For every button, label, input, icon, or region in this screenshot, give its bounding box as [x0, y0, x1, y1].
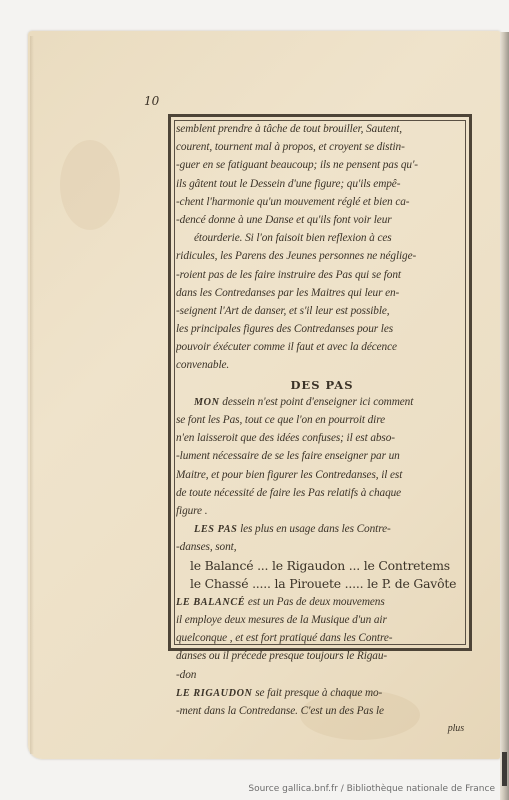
page-number: 10	[144, 94, 159, 108]
text-line: les principales figures des Contredanses…	[176, 320, 468, 338]
text-line: courent, tournent mal à propos, et croye…	[176, 138, 468, 156]
text-line: se font les Pas, tout ce que l'on en pou…	[176, 411, 468, 429]
text-line: danses ou il précede presque toujours le…	[176, 647, 468, 665]
text-line: Maitre, et pour bien figurer les Contred…	[176, 466, 468, 484]
text-line: -seignent l'Art de danser, et s'il leur …	[176, 302, 468, 320]
binding-shadow	[502, 752, 507, 786]
steps-list-row: le Chassé ..... la Pirouete ..... le P. …	[176, 575, 468, 593]
lead-word: LE RIGAUDON	[176, 688, 253, 699]
text-line: semblent prendre à tâche de tout brouill…	[176, 120, 468, 138]
text-line: pouvoir éxécuter comme il faut et avec l…	[176, 338, 468, 356]
lead-word: LE BALANCÉ	[176, 597, 245, 608]
text-line: -guer en se fatiguant beaucoup; ils ne p…	[176, 156, 468, 174]
paper-stain	[60, 140, 120, 230]
text-line: -roient pas de les faire instruire des P…	[176, 266, 468, 284]
text-line: n'en laisseroit que des idées confuses; …	[176, 429, 468, 447]
text-line: -chent l'harmonie qu'un mouvement réglé …	[176, 193, 468, 211]
text-line: -don	[176, 666, 468, 684]
page-text: semblent prendre à tâche de tout brouill…	[176, 120, 468, 738]
section-heading: DES PAS	[176, 375, 468, 393]
text-line: ils gâtent tout le Dessein d'une figure;…	[176, 175, 468, 193]
source-attribution: Source gallica.bnf.fr / Bibliothèque nat…	[248, 784, 495, 794]
text-line: -dencé donne à une Danse et qu'ils font …	[176, 211, 468, 229]
lead-word: LES PAS	[194, 524, 237, 535]
book-binding	[500, 32, 509, 800]
catchword: plus	[176, 720, 468, 738]
text-line: -ment dans la Contredanse. C'est un des …	[176, 702, 468, 720]
text-line: il employe deux mesures de la Musique d'…	[176, 611, 468, 629]
text-line: de toute nécessité de faire les Pas rela…	[176, 484, 468, 502]
text-line: -lument nécessaire de se les faire ensei…	[176, 447, 468, 465]
text-line: MON dessein n'est point d'enseigner ici …	[176, 393, 468, 411]
text-line: figure .	[176, 502, 468, 520]
text-line: LE RIGAUDON se fait presque à chaque mo-	[176, 684, 468, 702]
lead-word: MON	[194, 397, 220, 408]
text-line: LES PAS les plus en usage dans les Contr…	[176, 520, 468, 538]
text-line: -danses, sont,	[176, 538, 468, 556]
steps-list-row: le Balancé ... le Rigaudon ... le Contre…	[176, 557, 468, 575]
text-line: dans les Contredanses par les Maitres qu…	[176, 284, 468, 302]
text-line: LE BALANCÉ est un Pas de deux mouvemens	[176, 593, 468, 611]
text-line: quelconque , et est fort pratiqué dans l…	[176, 629, 468, 647]
text-line: ridicules, les Parens des Jeunes personn…	[176, 247, 468, 265]
page-edge-shadow	[30, 36, 34, 754]
text-line: convenable.	[176, 356, 468, 374]
text-line: étourderie. Si l'on faisoit bien reflexi…	[176, 229, 468, 247]
